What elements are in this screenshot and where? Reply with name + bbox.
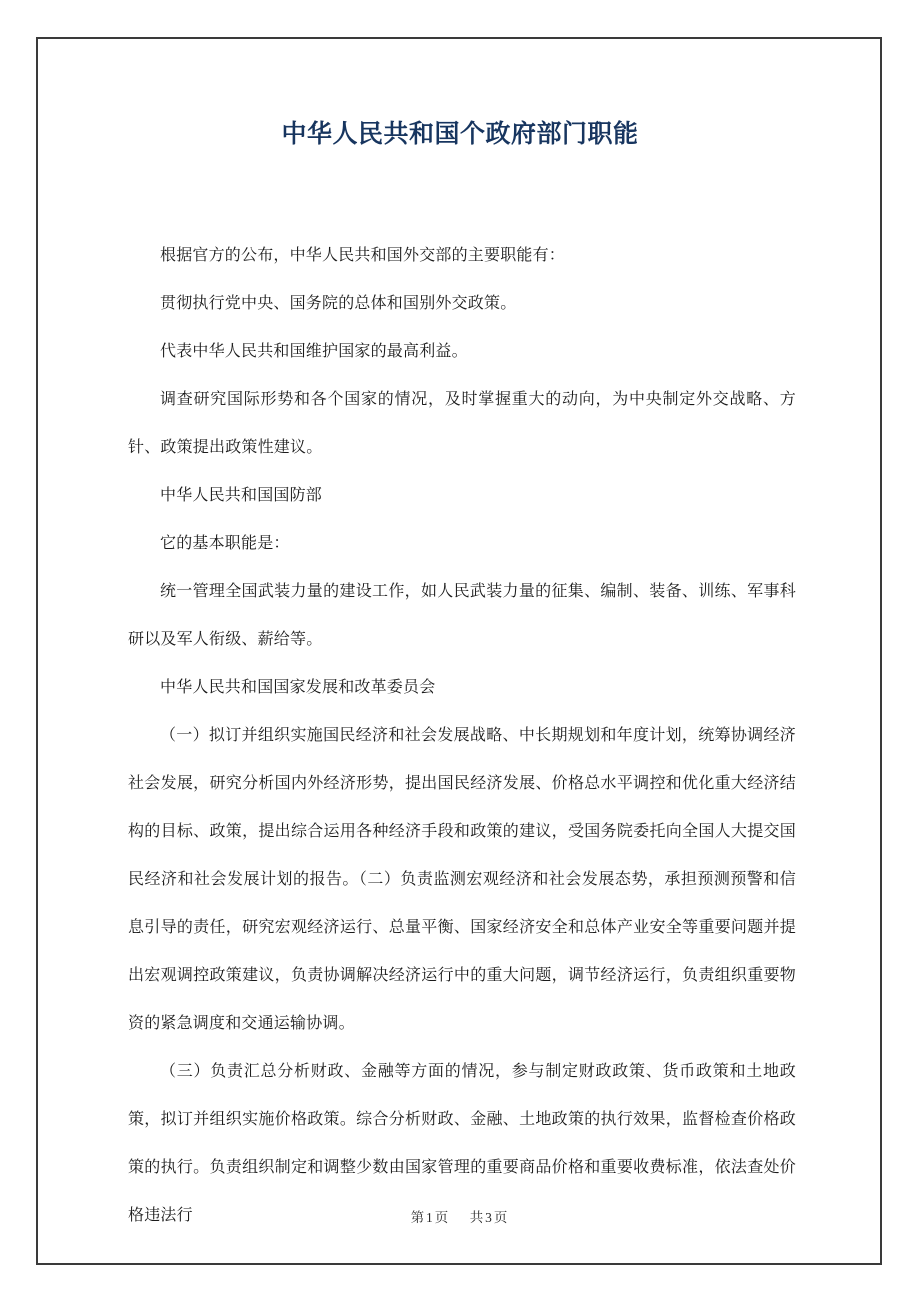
document-page: 中华人民共和国个政府部门职能 根据官方的公布，中华人民共和国外交部的主要职能有：… bbox=[0, 0, 920, 1302]
document-title: 中华人民共和国个政府部门职能 bbox=[0, 112, 920, 156]
paragraph-defense-ministry: 中华人民共和国国防部 bbox=[128, 472, 796, 520]
paragraph-ndrc: 中华人民共和国国家发展和改革委员会 bbox=[128, 664, 796, 712]
paragraph-item-one-two: （一）拟订并组织实施国民经济和社会发展战略、中长期规划和年度计划，统筹协调经济社… bbox=[128, 712, 796, 1048]
paragraph-armed-forces: 统一管理全国武装力量的建设工作，如人民武装力量的征集、编制、装备、训练、军事科研… bbox=[128, 568, 796, 664]
page-number-footer: 第1页 共3页 bbox=[0, 1206, 920, 1230]
paragraph-basic-functions: 它的基本职能是： bbox=[128, 520, 796, 568]
paragraph-intro: 根据官方的公布，中华人民共和国外交部的主要职能有： bbox=[128, 232, 796, 280]
total-pages-label: 共3页 bbox=[470, 1210, 510, 1225]
paragraph-represent: 代表中华人民共和国维护国家的最高利益。 bbox=[128, 328, 796, 376]
paragraph-research: 调查研究国际形势和各个国家的情况，及时掌握重大的动向，为中央制定外交战略、方针、… bbox=[128, 376, 796, 472]
paragraph-policy: 贯彻执行党中央、国务院的总体和国别外交政策。 bbox=[128, 280, 796, 328]
current-page-label: 第1页 bbox=[411, 1210, 451, 1225]
document-body: 根据官方的公布，中华人民共和国外交部的主要职能有： 贯彻执行党中央、国务院的总体… bbox=[128, 232, 796, 1240]
